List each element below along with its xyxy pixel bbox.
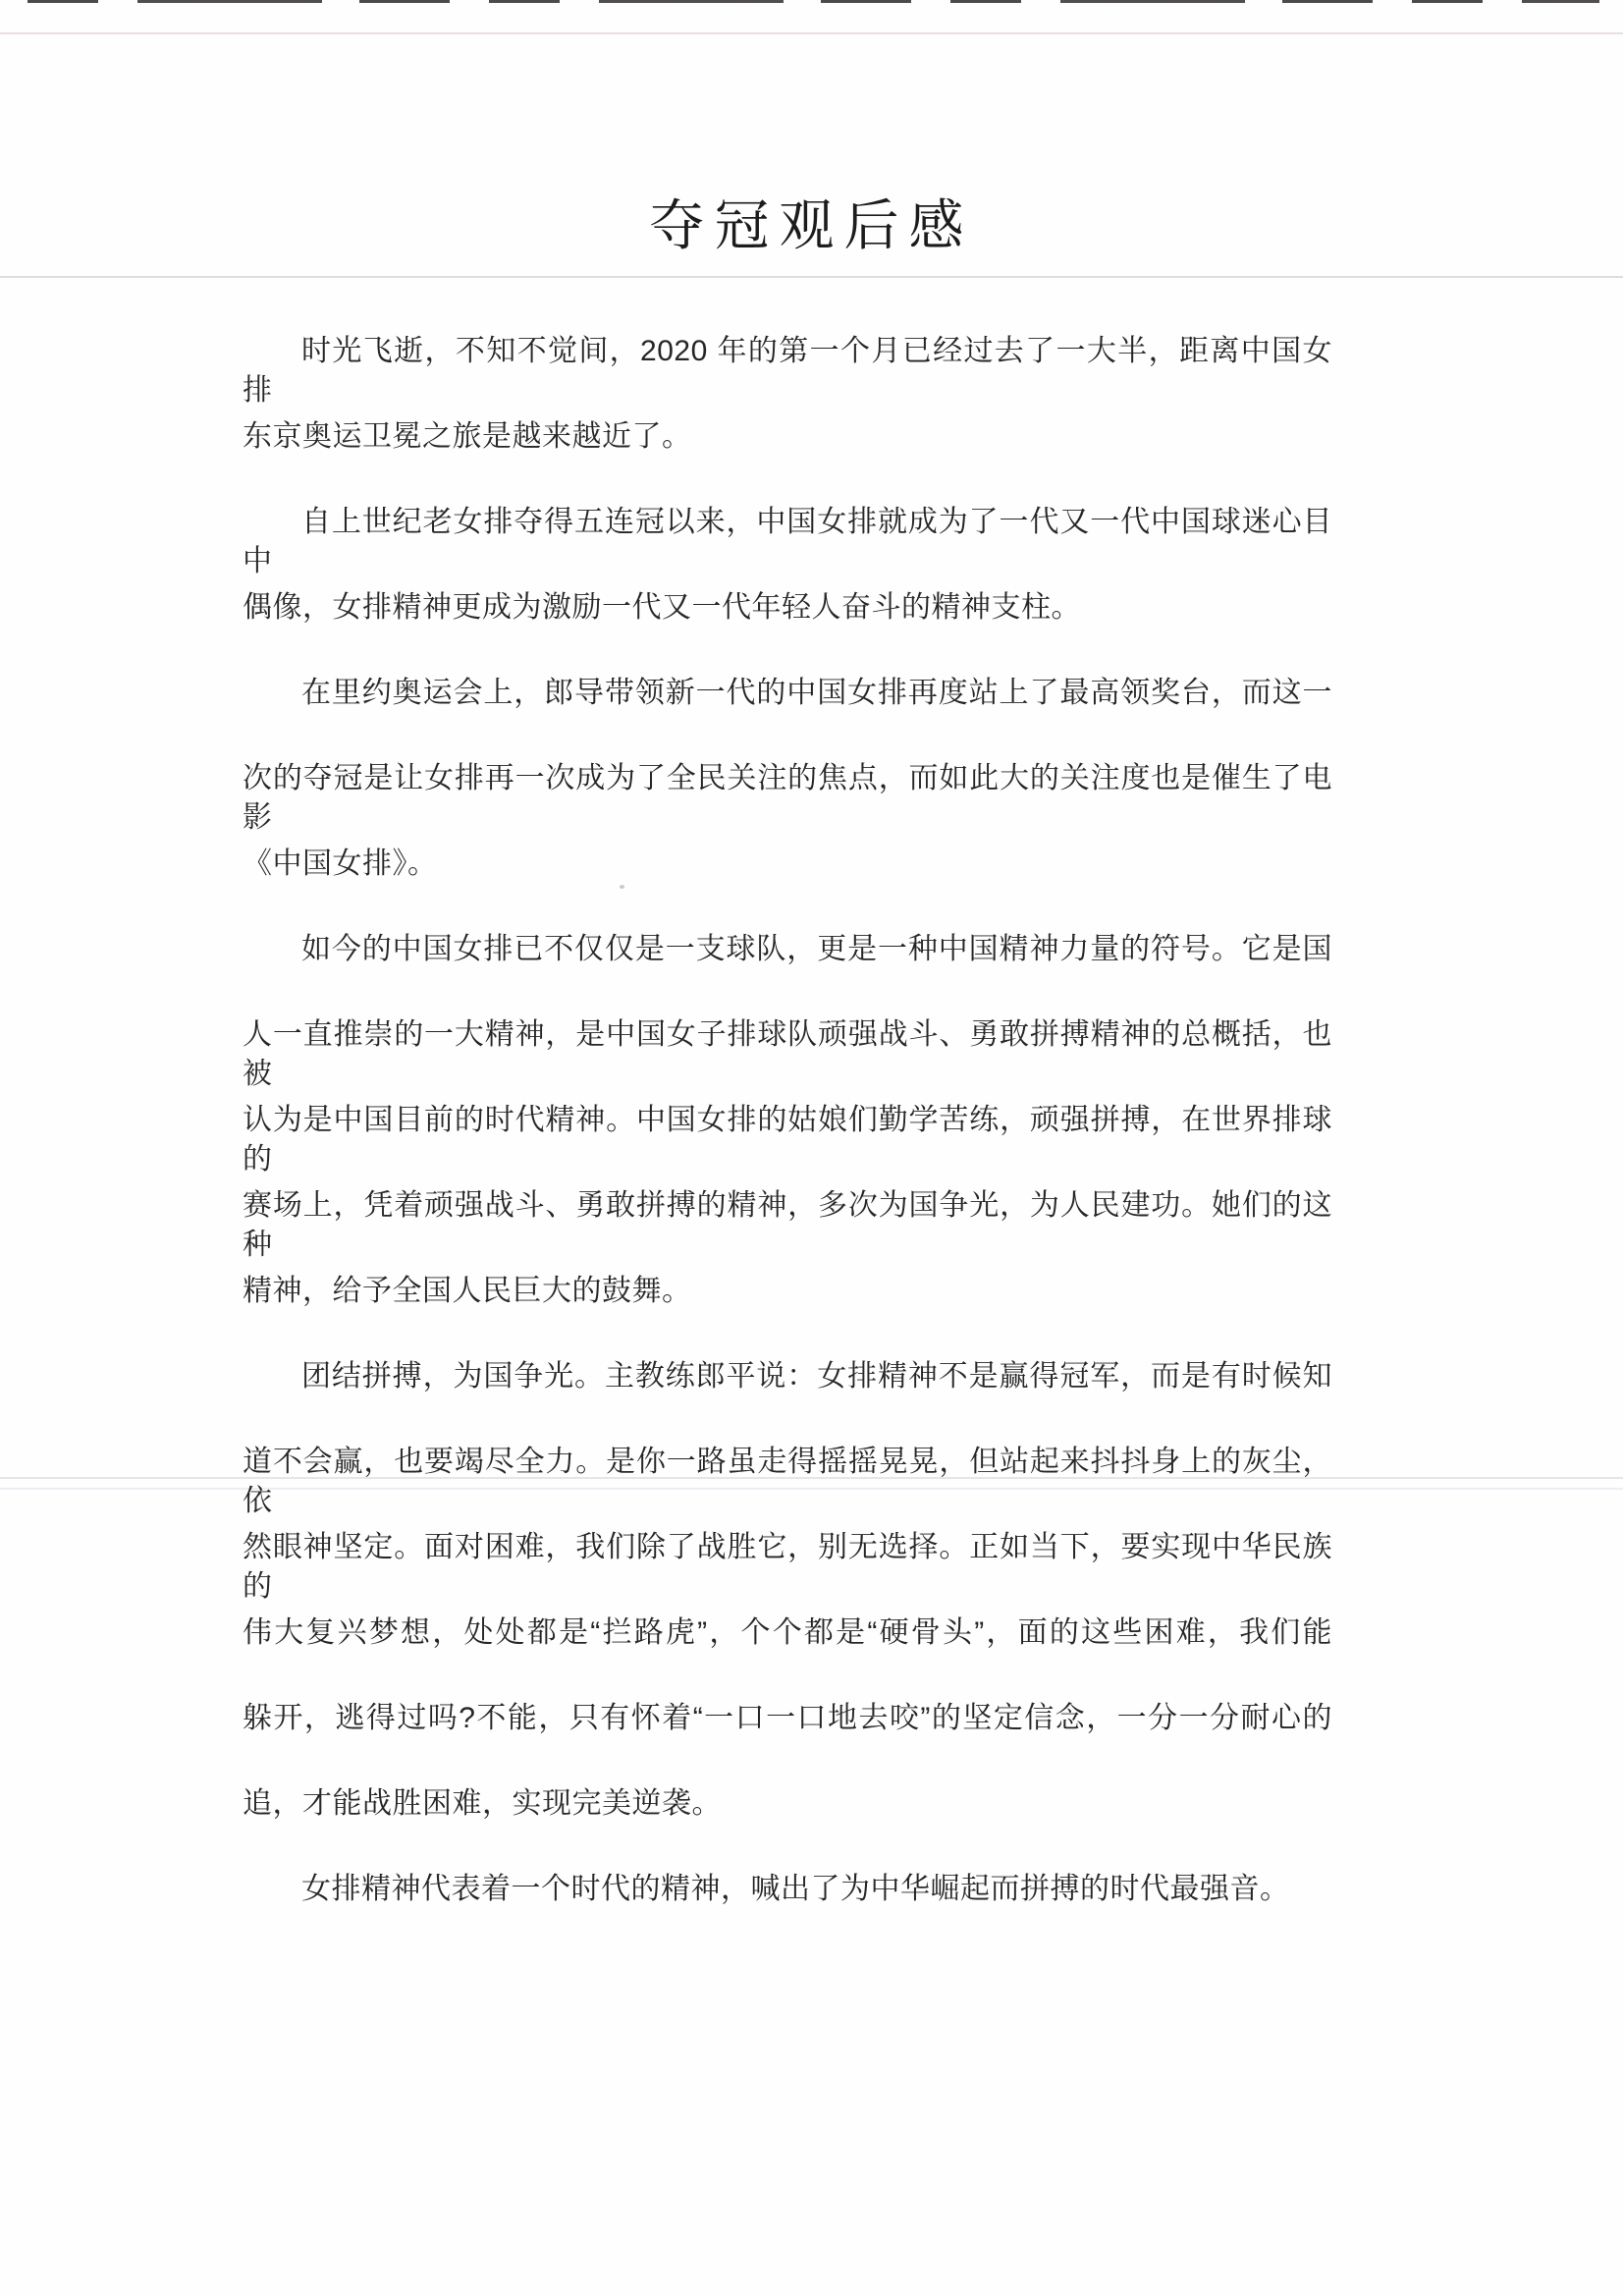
scan-artifact-top-dashes [27, 0, 1599, 3]
text-line: 人一直推崇的一大精神，是中国女子排球队顽强战斗、勇敢拼搏精神的总概括，也被 [243, 1015, 1332, 1101]
text-line: 自上世纪老女排夺得五连冠以来，中国女排就成为了一代又一代中国球迷心目中 [243, 503, 1332, 588]
essay-body: 时光飞逝，不知不觉间，2020 年的第一个月已经过去了一大半，距离中国女排东京奥… [243, 332, 1332, 1955]
text-line: 次的夺冠是让女排再一次成为了全民关注的焦点，而如此大的关注度也是催生了电影 [243, 759, 1332, 845]
text-line: 《中国女排》。 [243, 845, 1332, 930]
scan-artifact-streak [0, 276, 1623, 278]
essay-title: 夺冠观后感 [0, 183, 1623, 261]
text-line: 道不会赢，也要竭尽全力。是你一路虽走得摇摇晃晃，但站起来抖抖身上的灰尘，依 [243, 1443, 1332, 1528]
text-line: 认为是中国目前的时代精神。中国女排的姑娘们勤学苦练，顽强拼搏，在世界排球的 [243, 1101, 1332, 1186]
text-line: 偶像，女排精神更成为激励一代又一代年轻人奋斗的精神支柱。 [243, 588, 1332, 674]
scanned-document-page: 夺冠观后感 时光飞逝，不知不觉间，2020 年的第一个月已经过去了一大半，距离中… [0, 0, 1623, 2296]
text-line: 追，才能战胜困难，实现完美逆袭。 [243, 1784, 1332, 1870]
text-line: 团结拼搏，为国争光。主教练郎平说：女排精神不是赢得冠军，而是有时候知 [243, 1357, 1332, 1443]
text-line: 赛场上，凭着顽强战斗、勇敢拼搏的精神，多次为国争光，为人民建功。她们的这种 [243, 1186, 1332, 1272]
text-line: 伟大复兴梦想，处处都是“拦路虎”，个个都是“硬骨头”，面的这些困难，我们能 [243, 1613, 1332, 1699]
text-line: 东京奥运卫冕之旅是越来越近了。 [243, 417, 1332, 503]
text-line: 在里约奥运会上，郎导带领新一代的中国女排再度站上了最高领奖台，而这一 [243, 674, 1332, 759]
text-line: 时光飞逝，不知不觉间，2020 年的第一个月已经过去了一大半，距离中国女排 [243, 332, 1332, 417]
text-line: 躲开，逃得过吗?不能，只有怀着“一口一口地去咬”的坚定信念，一分一分耐心的 [243, 1699, 1332, 1784]
text-line: 如今的中国女排已不仅仅是一支球队，更是一种中国精神力量的符号。它是国 [243, 930, 1332, 1015]
scan-artifact-streak [0, 32, 1623, 34]
text-line: 然眼神坚定。面对困难，我们除了战胜它，别无选择。正如当下，要实现中华民族的 [243, 1528, 1332, 1613]
text-line: 精神，给予全国人民巨大的鼓舞。 [243, 1272, 1332, 1357]
text-line: 女排精神代表着一个时代的精神，喊出了为中华崛起而拼搏的时代最强音。 [243, 1870, 1332, 1955]
